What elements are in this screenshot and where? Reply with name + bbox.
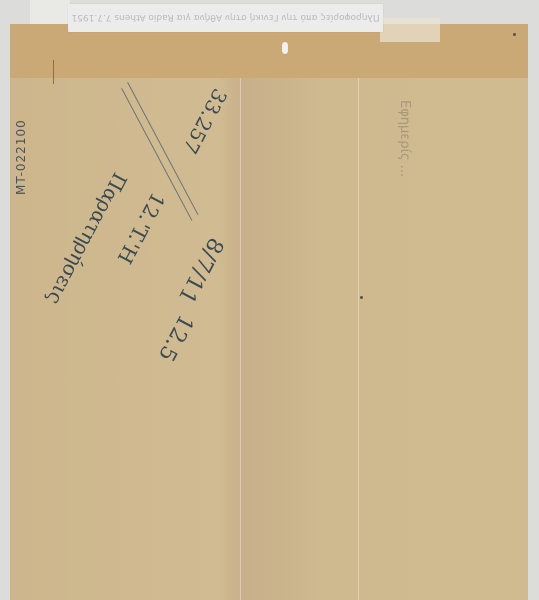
sheet-top-band [10, 24, 528, 78]
catalog-number: MT-022100 [14, 119, 28, 195]
punch-hole [282, 42, 288, 54]
red-margin-mark [53, 60, 54, 84]
ink-speck [513, 33, 516, 36]
document-sheet [10, 24, 528, 600]
archive-label: Πληροφορίες από την Γενική στην Αθήνα γι… [68, 4, 383, 32]
fold-line [240, 78, 241, 600]
fold-line [358, 78, 359, 600]
ink-speck [360, 296, 363, 299]
archive-label-text: Πληροφορίες από την Γενική στην Αθήνα γι… [68, 12, 383, 22]
tape-right [380, 18, 440, 42]
sheet-body [10, 78, 528, 600]
faint-pencil-note: Εφημερίς ... [397, 100, 412, 177]
